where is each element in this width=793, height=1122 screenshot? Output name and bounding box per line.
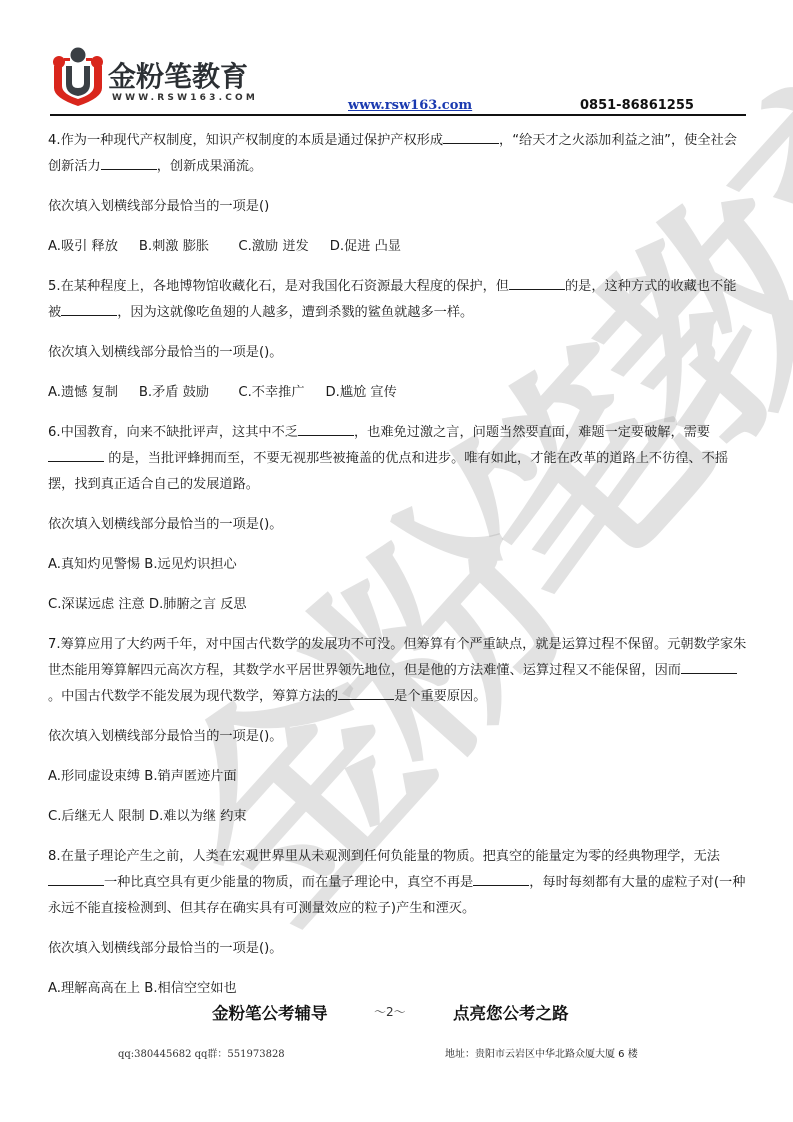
question-7-stem: 7.筹算应用了大约两千年，对中国古代数学的发展功不可没。但筹算有个严重缺点，就是… bbox=[48, 632, 748, 710]
question-4-options: A.吸引 释放 B.刺激 膨胀 C.激励 迸发 D.促进 凸显 bbox=[48, 234, 748, 260]
question-6-stem: 6.中国教育，向来不缺批评声，这其中不乏，也难免过激之言，问题当然要直面，难题一… bbox=[48, 420, 748, 498]
stem-text: 的是，当批评蜂拥而至，不要无视那些被掩盖的优点和进步。唯有如此，才能在改革的道路… bbox=[48, 451, 728, 492]
website-link[interactable]: www.rsw163.com bbox=[348, 98, 472, 113]
stem-text: 6.中国教育，向来不缺批评声，这其中不乏 bbox=[48, 425, 298, 440]
stem-text: ，也难免过激之言，问题当然要直面，难题一定要破解，需要 bbox=[354, 425, 710, 440]
brand-logo: 金粉笔教育 WWW.RSW163.COM bbox=[50, 42, 250, 110]
question-6-prompt: 依次填入划横线部分最恰当的一项是()。 bbox=[48, 512, 748, 538]
logo-emblem-icon bbox=[50, 46, 106, 108]
answer-blank bbox=[681, 659, 737, 674]
answer-blank bbox=[101, 155, 157, 170]
footer-slogan-right: 点亮您公考之路 bbox=[453, 1000, 569, 1024]
question-4-stem: 4.作为一种现代产权制度，知识产权制度的本质是通过保护产权形成，“给天才之火添加… bbox=[48, 128, 748, 180]
stem-text: ，因为这就像吃鱼翅的人越多，遭到杀戮的鲨鱼就越多一样。 bbox=[117, 305, 473, 320]
answer-blank bbox=[61, 301, 117, 316]
page-header: 金粉笔教育 WWW.RSW163.COM www.rsw163.com 0851… bbox=[50, 42, 746, 116]
question-5-options: A.遗憾 复制 B.矛盾 鼓励 C.不幸推广 D.尴尬 宣传 bbox=[48, 380, 748, 406]
document-body: 4.作为一种现代产权制度，知识产权制度的本质是通过保护产权形成，“给天才之火添加… bbox=[48, 128, 748, 1016]
question-8-options: A.理解高高在上 B.相信空空如也 bbox=[48, 976, 748, 1002]
question-8-stem: 8.在量子理论产生之前，人类在宏观世界里从未观测到任何负能量的物质。把真空的能量… bbox=[48, 844, 748, 922]
answer-blank bbox=[298, 421, 354, 436]
answer-blank bbox=[509, 275, 565, 290]
stem-text: 是个重要原因。 bbox=[394, 689, 486, 704]
stem-text: 。中国古代数学不能发展为现代数学，筹算方法的 bbox=[48, 689, 338, 704]
stem-text: 4.作为一种现代产权制度，知识产权制度的本质是通过保护产权形成 bbox=[48, 133, 443, 148]
stem-text: 5.在某种程度上，各地博物馆收藏化石，是对我国化石资源最大程度的保护，但 bbox=[48, 279, 509, 294]
header-divider bbox=[50, 114, 746, 116]
answer-blank bbox=[338, 685, 394, 700]
question-6-options-line-1: A.真知灼见警惕 B.远见灼识担心 bbox=[48, 552, 748, 578]
question-5-stem: 5.在某种程度上，各地博物馆收藏化石，是对我国化石资源最大程度的保护，但的是，这… bbox=[48, 274, 748, 326]
footer-slogan-left: 金粉笔公考辅导 bbox=[212, 1000, 328, 1024]
stem-text: 一种比真空具有更少能量的物质，而在量子理论中，真空不再是 bbox=[104, 875, 473, 890]
footer-address: 地址：贵阳市云岩区中华北路众厦大厦 6 楼 bbox=[445, 1045, 638, 1060]
question-6-options-line-2: C.深谋远虑 注意 D.肺腑之言 反思 bbox=[48, 592, 748, 618]
footer-contact: qq:380445682 qq群：551973828 bbox=[118, 1045, 285, 1060]
phone-number: 0851-86861255 bbox=[580, 98, 694, 113]
stem-text: 7.筹算应用了大约两千年，对中国古代数学的发展功不可没。但筹算有个严重缺点，就是… bbox=[48, 637, 746, 678]
question-7-prompt: 依次填入划横线部分最恰当的一项是()。 bbox=[48, 724, 748, 750]
page-number: ～2～ bbox=[374, 1003, 406, 1020]
page-footer: 金粉笔公考辅导 ～2～ 点亮您公考之路 bbox=[0, 1000, 793, 1026]
question-5-prompt: 依次填入划横线部分最恰当的一项是()。 bbox=[48, 340, 748, 366]
answer-blank bbox=[473, 871, 529, 886]
logo-url: WWW.RSW163.COM bbox=[112, 93, 258, 103]
answer-blank bbox=[443, 129, 499, 144]
stem-text: ，创新成果涌流。 bbox=[157, 159, 263, 174]
stem-text: 8.在量子理论产生之前，人类在宏观世界里从未观测到任何负能量的物质。把真空的能量… bbox=[48, 849, 720, 864]
question-7-options-line-1: A.形同虚设束缚 B.销声匿迹片面 bbox=[48, 764, 748, 790]
answer-blank bbox=[48, 871, 104, 886]
question-4-prompt: 依次填入划横线部分最恰当的一项是() bbox=[48, 194, 748, 220]
question-7-options-line-2: C.后继无人 限制 D.难以为继 约束 bbox=[48, 804, 748, 830]
answer-blank bbox=[48, 447, 104, 462]
question-8-prompt: 依次填入划横线部分最恰当的一项是()。 bbox=[48, 936, 748, 962]
logo-title: 金粉笔教育 bbox=[108, 62, 248, 92]
